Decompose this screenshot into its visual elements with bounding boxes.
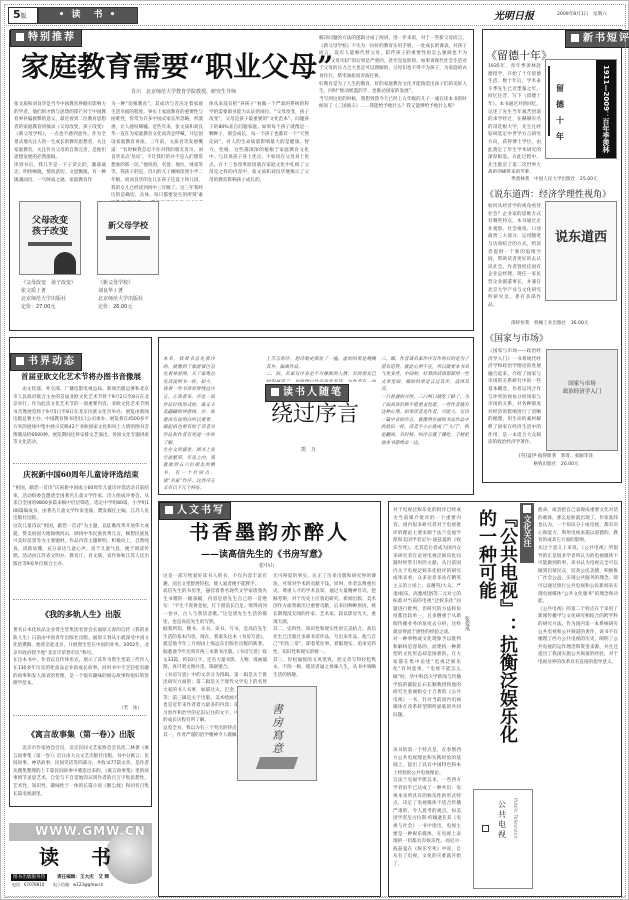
newspaper-page: 5版 • 读 书 • 光明日报 2009年8月1日 星期六 特别推荐 家庭教育需… xyxy=(0,0,629,900)
page-frame xyxy=(4,4,626,898)
